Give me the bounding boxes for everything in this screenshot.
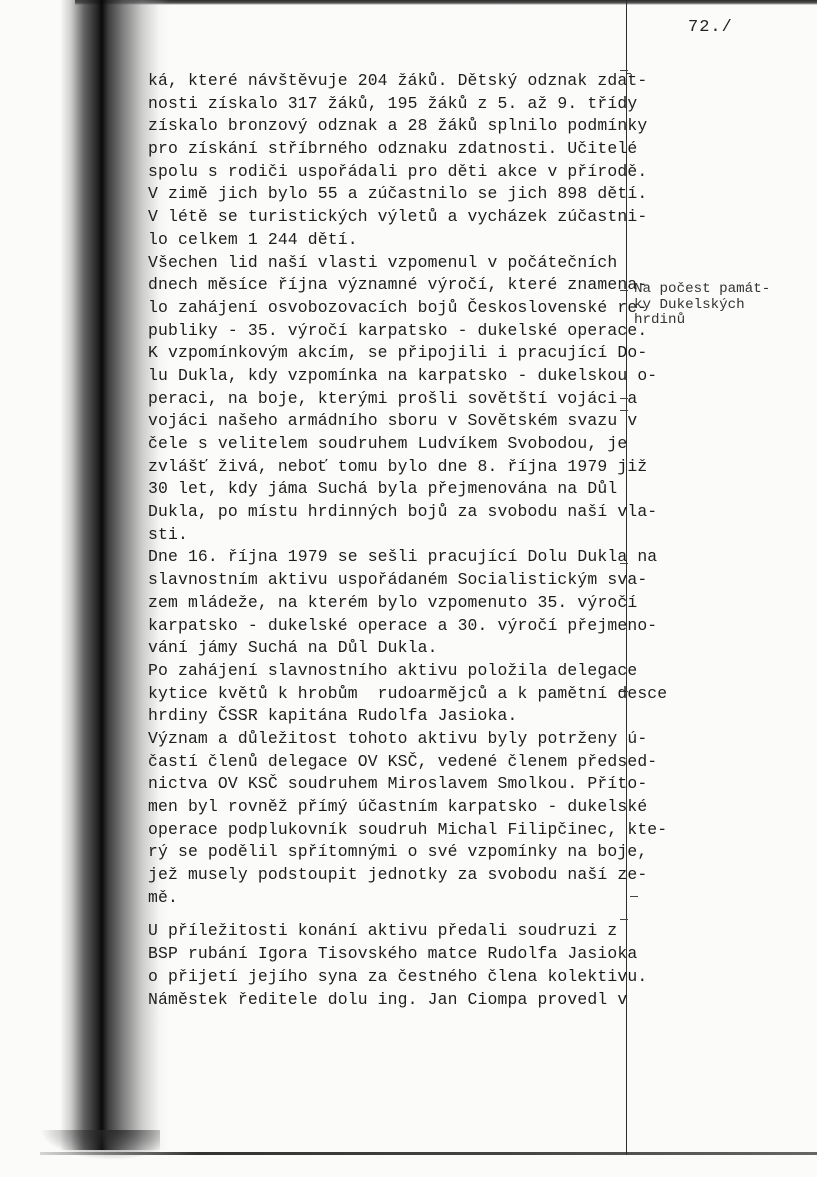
text-line: získalo bronzový odznak a 28 žáků splnil…: [148, 115, 628, 138]
text-line: hrdiny ČSSR kapitána Rudolfa Jasioka.: [148, 705, 628, 728]
text-line: sti.: [148, 524, 628, 547]
text-line: lu Dukla, kdy vzpomínka na karpatsko - d…: [148, 365, 628, 388]
text-line: dnech měsíce října významné výročí, kter…: [148, 274, 628, 297]
scan-top-edge: [75, 0, 817, 5]
margin-tick: [630, 896, 638, 897]
binding-shadow-foot: [40, 1130, 160, 1160]
text-line: V létě se turistických výletů a vycházek…: [148, 206, 628, 229]
paragraph-gap: [148, 909, 628, 920]
scan-bottom-edge: [40, 1152, 817, 1155]
text-line: Po zahájení slavnostního aktivu položila…: [148, 660, 628, 683]
text-line: operace podplukovník soudruh Michal Fili…: [148, 819, 628, 842]
text-line: lo celkem 1 244 dětí.: [148, 229, 628, 252]
text-line: častí členů delegace OV KSČ, vedené člen…: [148, 751, 628, 774]
text-line: pro získání stříbrného odznaku zdatnosti…: [148, 138, 628, 161]
text-line: jež musely podstoupit jednotky za svobod…: [148, 864, 628, 887]
scanned-page: 72./ ká, které návštěvuje 204 žáků. Děts…: [0, 0, 817, 1177]
text-line: lo zahájení osvobozovacích bojů Českoslo…: [148, 297, 628, 320]
text-line: zem mládeže, na kterém bylo vzpomenuto 3…: [148, 592, 628, 615]
text-line: publiky - 35. výročí karpatsko - dukelsk…: [148, 320, 628, 343]
body-text: ká, které návštěvuje 204 žáků. Dětský od…: [148, 70, 628, 1011]
text-line: Význam a důležitost tohoto aktivu byly p…: [148, 728, 628, 751]
text-line: peraci, na boje, kterými prošli sovětští…: [148, 388, 628, 411]
text-line: men byl rovněž přímý účastním karpatsko …: [148, 796, 628, 819]
text-line: 30 let, kdy jáma Suchá byla přejmenována…: [148, 478, 628, 501]
text-line: K vzpomínkovým akcím, se připojili i pra…: [148, 342, 628, 365]
margin-note: Na počest památ-ky Dukelskýchhrdinů: [634, 282, 814, 329]
text-line: nosti získalo 317 žáků, 195 žáků z 5. až…: [148, 93, 628, 116]
text-line: nictva OV KSČ soudruhem Miroslavem Smolk…: [148, 773, 628, 796]
text-line: BSP rubání Igora Tisovského matce Rudolf…: [148, 943, 628, 966]
text-line: spolu s rodiči uspořádali pro děti akce …: [148, 161, 628, 184]
text-line: vání jámy Suchá na Důl Dukla.: [148, 637, 628, 660]
margin-note-line: Na počest památ-: [634, 282, 814, 298]
text-line: rý se podělil spřítomnými o své vzpomínk…: [148, 841, 628, 864]
text-line: Dukla, po místu hrdinných bojů za svobod…: [148, 501, 628, 524]
text-line: vojáci našeho armádního sboru v Sovětské…: [148, 410, 628, 433]
text-line: čele s velitelem soudruhem Ludvíkem Svob…: [148, 433, 628, 456]
text-line: o přijetí jejího syna za čestného člena …: [148, 966, 628, 989]
margin-note-line: ky Dukelských: [634, 298, 814, 314]
text-line: U příležitosti konání aktivu předali sou…: [148, 920, 628, 943]
text-line: kytice květů k hrobům rudoarmějců a k pa…: [148, 683, 628, 706]
text-line: mě.: [148, 887, 628, 910]
text-line: Všechen lid naší vlasti vzpomenul v počá…: [148, 252, 628, 275]
text-line: Dne 16. října 1979 se sešli pracující Do…: [148, 546, 628, 569]
text-line: V zimě jich bylo 55 a zúčastnilo se jich…: [148, 183, 628, 206]
text-line: karpatsko - dukelské operace a 30. výroč…: [148, 615, 628, 638]
text-line: zvlášť živá, neboť tomu bylo dne 8. říjn…: [148, 456, 628, 479]
text-line: Náměstek ředitele dolu ing. Jan Ciompa p…: [148, 989, 628, 1012]
text-line: slavnostním aktivu uspořádaném Socialist…: [148, 569, 628, 592]
margin-note-line: hrdinů: [634, 313, 814, 329]
text-line: ká, které návštěvuje 204 žáků. Dětský od…: [148, 70, 628, 93]
page-number: 72./: [688, 18, 733, 37]
